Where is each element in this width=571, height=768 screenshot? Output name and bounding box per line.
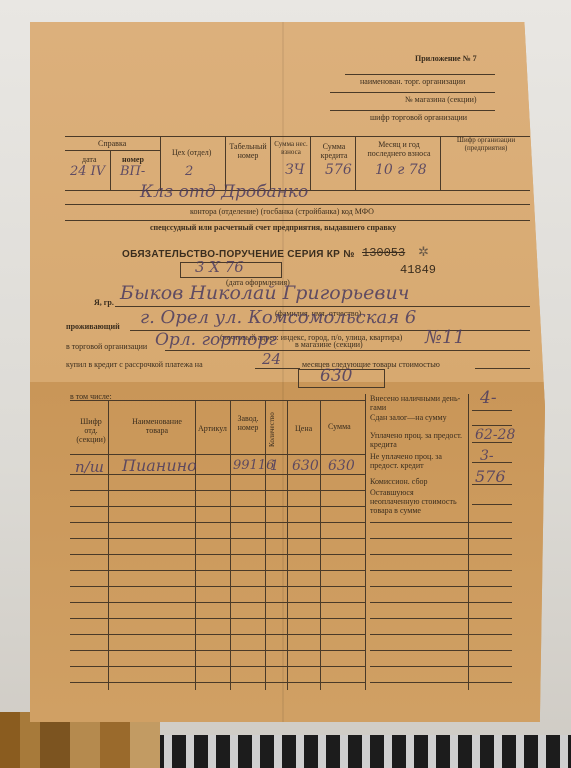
radiator bbox=[150, 735, 571, 768]
credit-obligation-document: Приложение № 7 наименован. торг. организ… bbox=[30, 22, 545, 722]
account-caption: спецссудный или расчетный счет предприят… bbox=[150, 223, 396, 232]
summary-cash-label: Внесено наличными день-гами bbox=[370, 394, 465, 412]
handwritten-workshop: 2 bbox=[185, 164, 193, 179]
spravka-header: Справка bbox=[98, 139, 126, 148]
serial-number: 41849 bbox=[400, 263, 436, 277]
handwritten-full-name: Быков Николай Григорьевич bbox=[120, 282, 410, 304]
col-header-quantity: Количество bbox=[268, 412, 276, 447]
handwritten-address: г. Орел ул. Комсомольская 6 bbox=[140, 307, 416, 328]
handwritten-bank: Клз отд Дробанко bbox=[140, 182, 308, 202]
trade-org-caption: наименован. торг. организации bbox=[360, 77, 465, 86]
handwritten-sum-deduction: ЗЧ bbox=[285, 162, 305, 178]
col-header-name: Наименование товара bbox=[122, 417, 192, 435]
label-store: в магазине (секции) bbox=[295, 340, 363, 349]
trade-org-code-caption: шифр торговой организации bbox=[370, 113, 467, 122]
sum-credit-header: Сумма кредита bbox=[314, 142, 354, 160]
summary-deposit-label: Сдан залог—на сумму bbox=[370, 413, 465, 422]
appendix-label: Приложение № 7 bbox=[415, 54, 477, 63]
date-header: дата bbox=[82, 155, 97, 164]
row-quantity: 1 bbox=[270, 458, 279, 474]
col-header-sum: Сумма bbox=[328, 422, 351, 431]
sum-deduction-header: Сумма нес. взноса bbox=[272, 140, 310, 156]
handwritten-month-year: 10 г 78 bbox=[375, 162, 427, 178]
summary-commission-label: Комиссион. сбор bbox=[370, 477, 428, 486]
col-header-article: Артикул bbox=[198, 424, 227, 433]
handwritten-months: 24 bbox=[262, 350, 281, 368]
label-residing: проживающий bbox=[66, 322, 120, 331]
col-header-code: Шифр отд. (секции) bbox=[75, 417, 107, 444]
handwritten-total: 630 bbox=[320, 366, 352, 386]
bank-caption: контора (отделение) (госбанка (стройбанк… bbox=[190, 207, 374, 216]
summary-remaining-label: Оставшуюся неоплаченную стоимость товара… bbox=[370, 488, 465, 515]
summary-interest-unpaid-label: Не уплачено проц. за предост. кредит bbox=[370, 452, 465, 470]
handwritten-date: 24 IV bbox=[70, 164, 105, 179]
number-header: номер bbox=[122, 155, 144, 164]
handwritten-issue-date: 3 Х 76 bbox=[195, 258, 244, 276]
struck-serial-number: 130053 bbox=[362, 246, 405, 260]
col-header-price: Цена bbox=[295, 424, 312, 433]
label-trade-org: в торговой организации bbox=[66, 342, 147, 351]
org-code-header: Шифр организации (предприятия) bbox=[443, 136, 529, 152]
row-serial: 99116 bbox=[233, 458, 274, 473]
row-product-name: Пианино bbox=[122, 456, 197, 475]
workshop-header: Цех (отдел) bbox=[172, 148, 211, 157]
label-citizen: Я, гр. bbox=[94, 298, 114, 307]
label-bought-on-credit: купил в кредит с рассрочкой платежа на bbox=[66, 360, 203, 369]
rosette-stamp-icon: ✲ bbox=[418, 244, 429, 260]
summary-cash-value: 4- bbox=[480, 388, 497, 408]
store-number-caption: № магазина (секции) bbox=[405, 95, 477, 104]
summary-interest-paid-value: 62-28 bbox=[475, 427, 515, 443]
summary-remaining-value: 576 bbox=[475, 467, 506, 486]
handwritten-store: №11 bbox=[425, 327, 465, 348]
tab-number-header: Табельный номер bbox=[228, 142, 268, 160]
month-year-header: Месяц и год последнего взноса bbox=[360, 140, 438, 158]
handwritten-number: ВП- bbox=[120, 164, 145, 179]
handwritten-sum-credit: 576 bbox=[325, 162, 352, 178]
col-header-serial: Завод. номер bbox=[233, 414, 263, 432]
handwritten-trade-org: Орл. горторг bbox=[155, 330, 277, 350]
row-sum: 630 bbox=[328, 458, 355, 474]
summary-interest-paid-label: Уплачено проц. за предост. кредита bbox=[370, 431, 465, 449]
row-price: 630 bbox=[292, 458, 319, 474]
